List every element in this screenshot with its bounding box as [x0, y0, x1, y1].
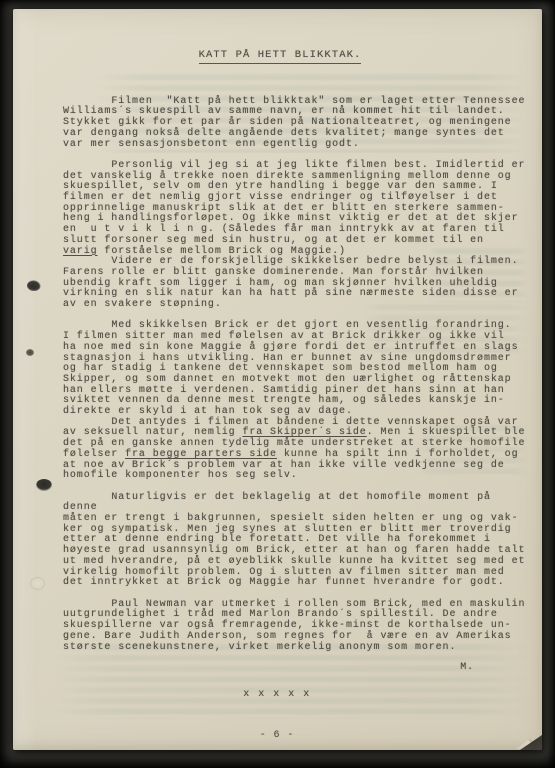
document-title-row: KATT PÅ HETT BLIKKTAK.	[48, 50, 512, 64]
paragraph: Filmen "Katt på hett blikktak" som er la…	[63, 97, 527, 151]
author-signature: M.	[63, 663, 474, 674]
scanned-page-background: KATT PÅ HETT BLIKKTAK. Filmen "Katt på h…	[0, 0, 555, 768]
paragraph: Paul Newman var utmerket i rollen som Br…	[63, 600, 527, 654]
paragraph: Videre er de forskjellige skikkelser bed…	[63, 257, 527, 311]
paragraph: Personlig vil jeg si at jeg likte filmen…	[63, 161, 527, 257]
typewritten-content: KATT PÅ HETT BLIKKTAK. Filmen "Katt på h…	[13, 9, 542, 750]
underlined-text: fra Skipper´s side	[242, 427, 366, 438]
paragraph: Det antydes i filmen at båndene i dette …	[63, 418, 527, 482]
document-title: KATT PÅ HETT BLIKKTAK.	[199, 50, 362, 64]
separator-marks: x x x x x	[45, 690, 509, 701]
paragraph: Naturligvis er det beklagelig at det hom…	[63, 493, 527, 589]
page-corner-fold-shadow	[520, 735, 542, 750]
underlined-text: varig	[63, 246, 98, 257]
underlined-text: fra begge parters side	[125, 449, 277, 460]
paragraph: Med skikkelsen Brick er det gjort en ves…	[63, 321, 527, 417]
paper-sheet: KATT PÅ HETT BLIKKTAK. Filmen "Katt på h…	[13, 9, 542, 750]
document-body: Filmen "Katt på hett blikktak" som er la…	[63, 97, 527, 654]
page-number: - 6 -	[45, 731, 509, 742]
